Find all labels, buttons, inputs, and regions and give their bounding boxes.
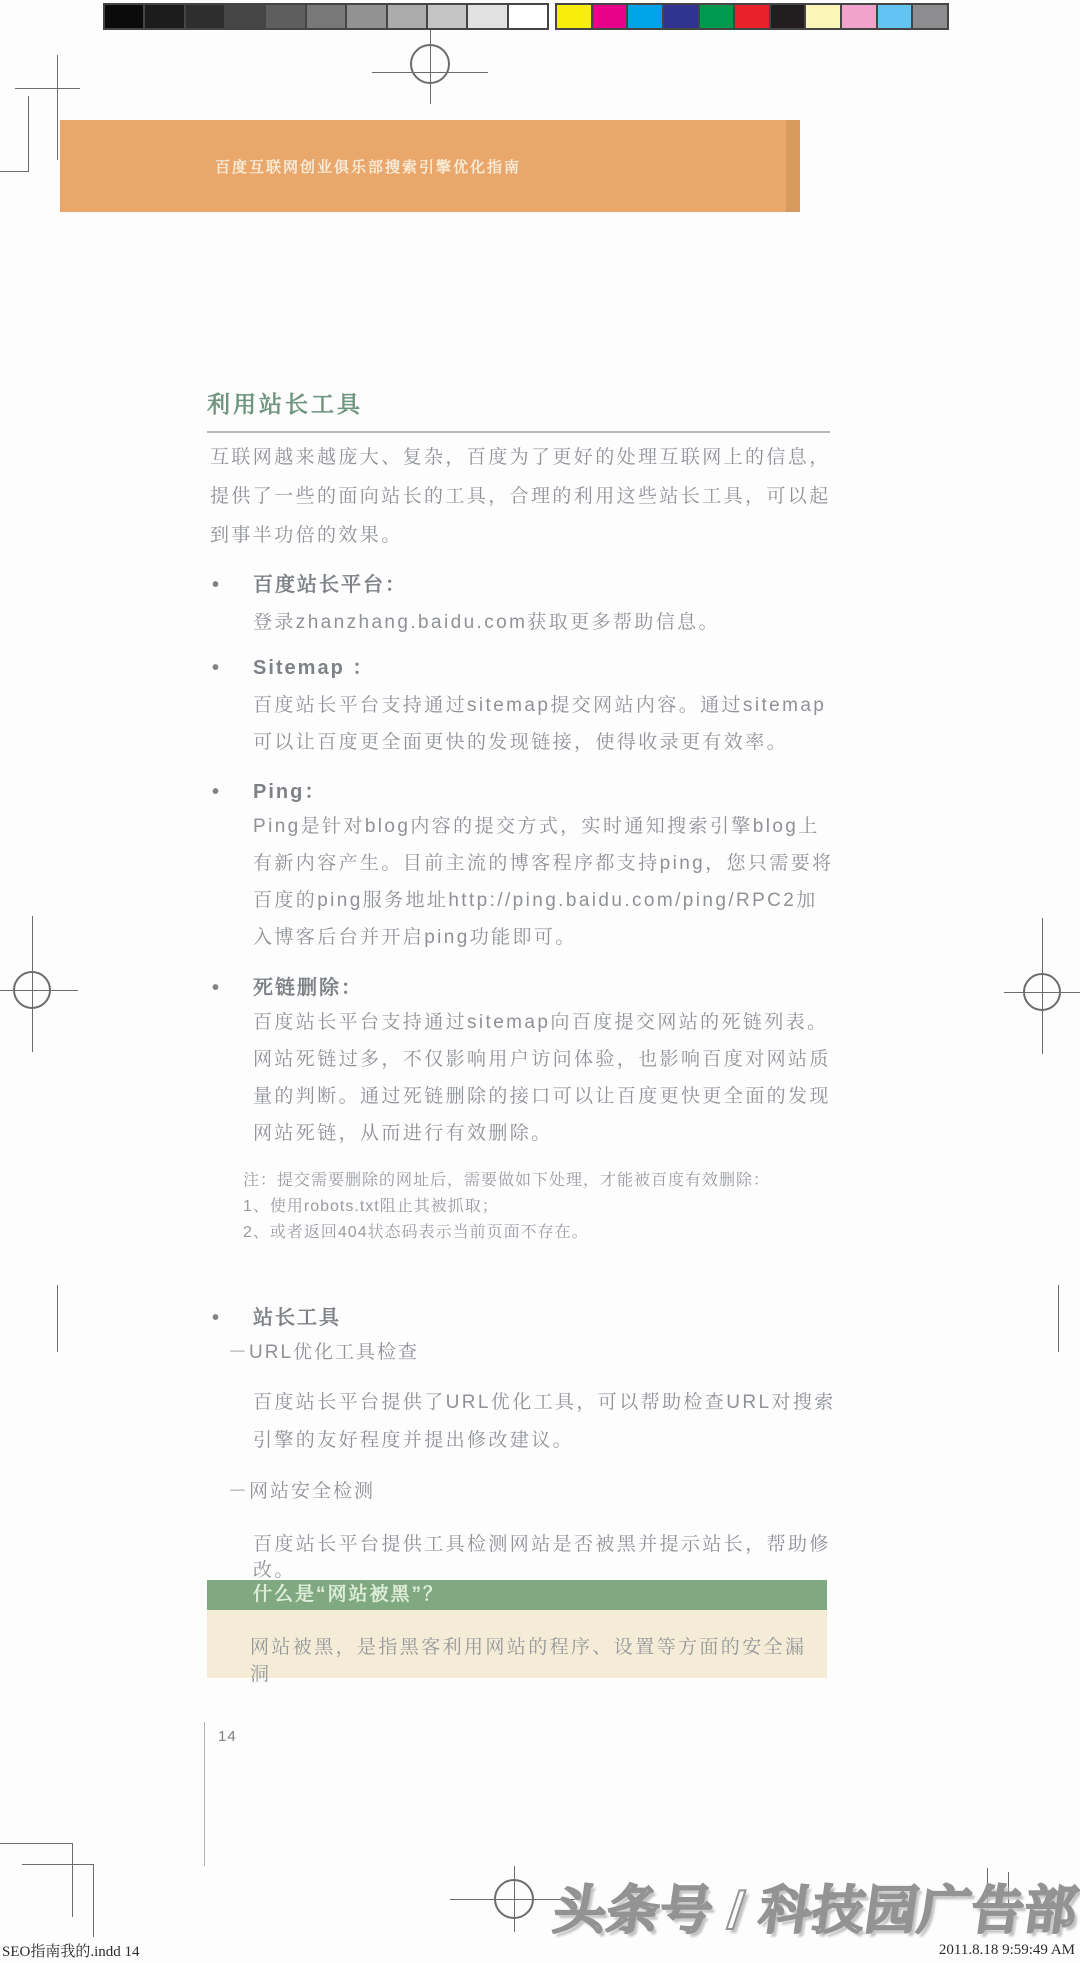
bullet-dot: •	[212, 779, 221, 805]
calibration-swatch	[507, 3, 549, 30]
crop-mark	[57, 55, 58, 160]
calibration-swatch	[626, 3, 664, 30]
calibration-swatch	[143, 3, 185, 30]
bullet-body-baidu-platform: 登录zhanzhang.baidu.com获取更多帮助信息。	[253, 604, 853, 641]
crop-mark	[430, 30, 431, 104]
crop-mark	[32, 916, 33, 1052]
crop-mark	[93, 1864, 94, 1937]
calibration-swatch	[911, 3, 949, 30]
note-block: 注：提交需要删除的网址后，需要做如下处理，才能被百度有效删除： 1、使用robo…	[243, 1168, 803, 1246]
page-number: 14	[218, 1728, 237, 1745]
calibration-swatch	[184, 3, 226, 30]
document-title: 百度互联网创业俱乐部搜索引擎优化指南	[215, 156, 521, 177]
crop-mark	[372, 72, 488, 73]
calibration-swatch	[733, 3, 771, 30]
crop-mark	[1058, 1285, 1059, 1352]
calibration-swatch	[224, 3, 266, 30]
crop-mark	[57, 1285, 58, 1352]
calibration-swatch	[426, 3, 468, 30]
tool-body-security-check: 百度站长平台提供工具检测网站是否被黑并提示站长，帮助修改。	[253, 1532, 853, 1584]
section-heading: 利用站长工具	[207, 386, 363, 419]
crop-mark	[0, 990, 78, 991]
crop-mark	[0, 171, 28, 172]
footer-column-rule	[204, 1722, 205, 1866]
crop-mark	[514, 1866, 515, 1932]
scanned-document-page: { "calibration": { "grayscale": ["#0b0b0…	[0, 0, 1080, 1963]
calibration-swatch	[555, 3, 593, 30]
calibration-swatch	[264, 3, 306, 30]
crop-mark	[28, 96, 29, 172]
bullet-body-dead-links: 百度站长平台支持通过sitemap向百度提交网站的死链列表。 网站死链过多，不仅…	[253, 1004, 853, 1152]
bullet-label-ping: •Ping：	[253, 779, 326, 805]
calibration-swatch	[769, 3, 807, 30]
watermark-text: 头条号 / 科技园广告部	[549, 1868, 1080, 1943]
tool-item-url-check: －URL优化工具检查	[228, 1340, 419, 1366]
grayscale-calibration-bar	[103, 3, 549, 30]
callout-body: 网站被黑，是指黑客利用网站的程序、设置等方面的安全漏洞	[207, 1610, 827, 1678]
tool-item-security-check: －网站安全检测	[228, 1479, 375, 1505]
tool-body-url-check: 百度站长平台提供了URL优化工具，可以帮助检查URL对搜索 引擎的友好程度并提出…	[253, 1384, 853, 1460]
callout-title: 什么是“网站被黑”？	[207, 1580, 827, 1610]
crop-mark	[0, 1843, 72, 1844]
bullet-body-ping: Ping是针对blog内容的提交方式，实时通知搜索引擎blog上 有新内容产生。…	[253, 808, 853, 956]
crop-mark	[72, 1843, 73, 1917]
calibration-swatch	[840, 3, 878, 30]
bullet-label-dead-links: •死链删除：	[253, 975, 363, 1001]
header-band: 百度互联网创业俱乐部搜索引擎优化指南	[60, 120, 800, 212]
calibration-swatch	[466, 3, 508, 30]
footer-timestamp: 2011.8.18 9:59:49 AM	[939, 1942, 1075, 1959]
callout-box: 什么是“网站被黑”？ 网站被黑，是指黑客利用网站的程序、设置等方面的安全漏洞	[207, 1580, 827, 1678]
calibration-swatch	[591, 3, 629, 30]
bullet-body-sitemap: 百度站长平台支持通过sitemap提交网站内容。通过sitemap 可以让百度更…	[253, 687, 853, 761]
bullet-label-sitemap: •Sitemap ：	[253, 655, 374, 681]
bullet-dot: •	[212, 1305, 221, 1331]
crop-mark	[22, 1864, 93, 1865]
calibration-swatch	[345, 3, 387, 30]
heading-underline	[207, 431, 830, 433]
bullet-label-baidu-platform: •百度站长平台：	[253, 572, 407, 598]
intro-paragraph: 互联网越来越庞大、复杂，百度为了更好的处理互联网上的信息， 提供了一些的面向站长…	[210, 438, 850, 555]
bullet-dot: •	[212, 975, 221, 1001]
bullet-dot: •	[212, 572, 221, 598]
calibration-swatch	[305, 3, 347, 30]
color-calibration-bar	[555, 3, 949, 30]
calibration-swatch	[698, 3, 736, 30]
calibration-swatch	[662, 3, 700, 30]
bullet-label-webmaster-tools: •站长工具	[253, 1305, 341, 1331]
crop-mark	[1004, 992, 1080, 993]
calibration-swatch	[804, 3, 842, 30]
calibration-swatch	[386, 3, 428, 30]
calibration-swatch	[876, 3, 914, 30]
crop-mark	[1042, 918, 1043, 1054]
header-band-edge	[786, 120, 800, 212]
bullet-dot: •	[212, 655, 221, 681]
footer-file-info: SEO指南我的.indd 14	[2, 1940, 140, 1961]
calibration-swatch	[103, 3, 145, 30]
crop-mark	[15, 88, 80, 89]
